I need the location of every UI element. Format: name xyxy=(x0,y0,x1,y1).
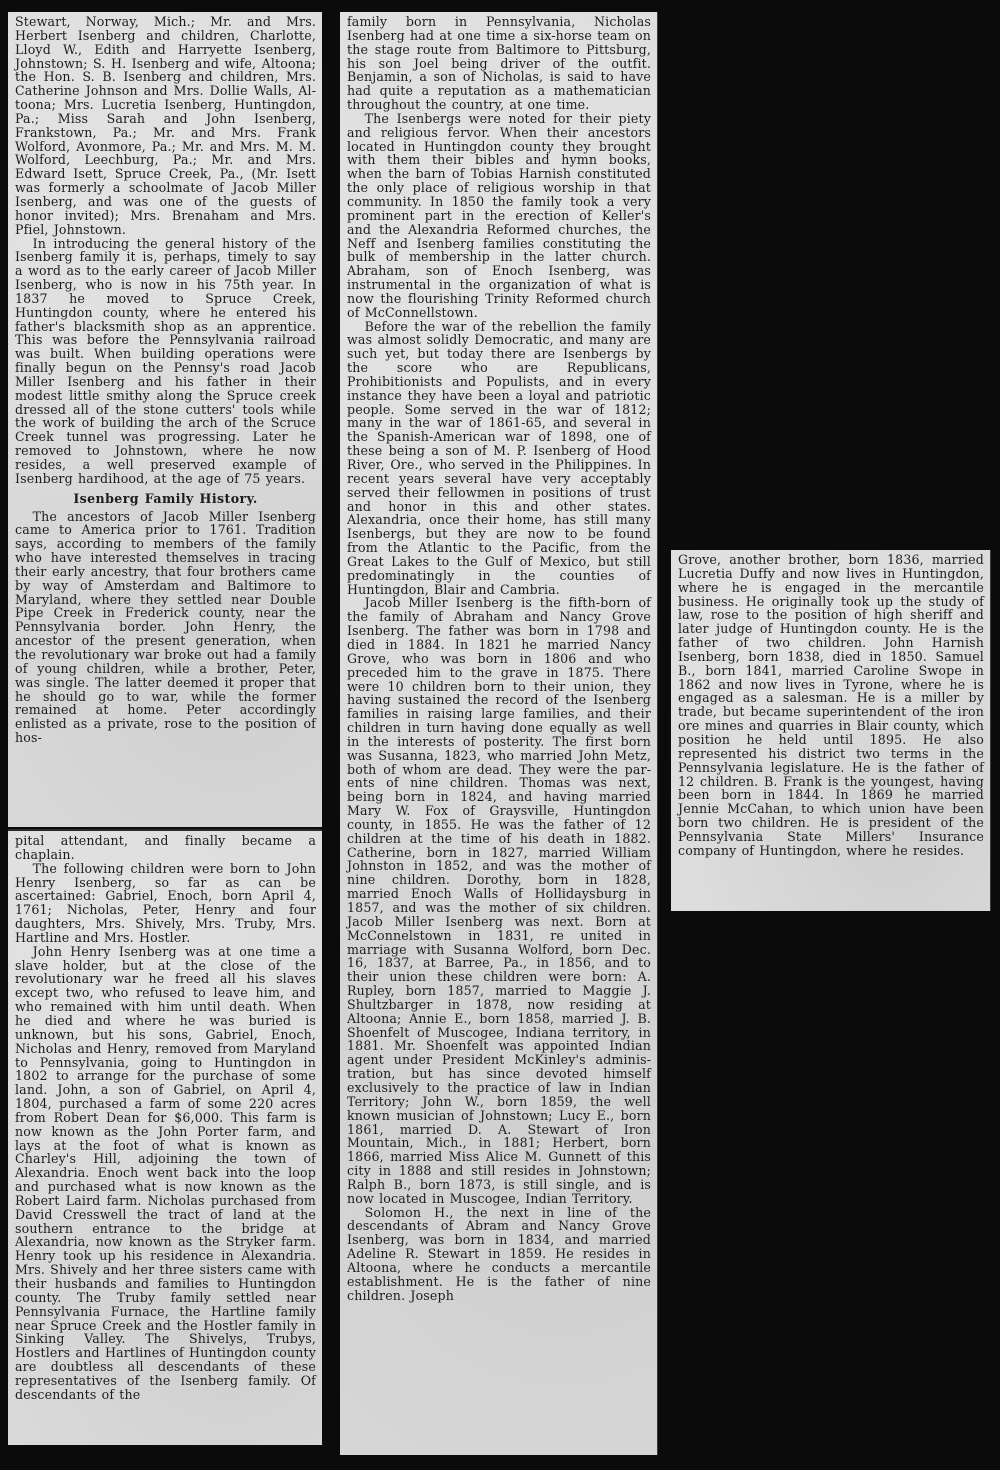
paragraph: In introducing the general history of th… xyxy=(15,237,316,486)
paragraph: The following children were born to John… xyxy=(15,862,316,945)
clipping-left-top: Stewart, Norway, Mich.; Mr. and Mrs. Her… xyxy=(8,12,322,827)
paragraph: Solomon H., the next in line of the desc… xyxy=(347,1206,651,1303)
paragraph: The ancestors of Jacob Miller Isen­berg … xyxy=(15,510,316,745)
left-top-intro: Stewart, Norway, Mich.; Mr. and Mrs. Her… xyxy=(15,15,316,486)
paragraph: The Isenbergs were noted for their piety… xyxy=(347,112,651,320)
paragraph: Before the war of the rebellion the fami… xyxy=(347,320,651,597)
clipping-right: Grove, another brother, born 1836, marri… xyxy=(671,550,991,911)
paragraph: Jacob Miller Isenberg is the fifth-born … xyxy=(347,596,651,1205)
paragraph: John Henry Isenberg was at one time a sl… xyxy=(15,945,316,1402)
paragraph: family born in Pennsylvania, Nicholas Is… xyxy=(347,15,651,112)
paragraph: pital attendant, and finally became a ch… xyxy=(15,834,316,862)
paragraph: Stewart, Norway, Mich.; Mr. and Mrs. Her… xyxy=(15,15,316,237)
clipping-middle: family born in Pennsylvania, Nicholas Is… xyxy=(340,12,658,1455)
clipping-left-bottom: pital attendant, and finally became a ch… xyxy=(8,829,322,1445)
subheading-family-history: Isenberg Family History. xyxy=(15,492,316,506)
paragraph: Grove, another brother, born 1836, marri… xyxy=(678,553,984,858)
